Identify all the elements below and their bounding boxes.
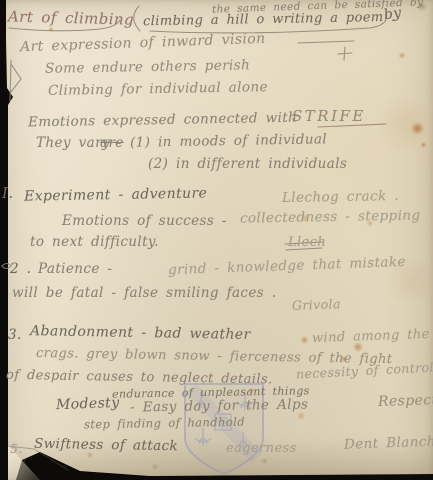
ms-strife-word: STRIFE (292, 108, 366, 125)
ms-section4-right-note: Respect (378, 393, 433, 410)
ms-section2-heading: Patience - (38, 262, 112, 277)
ms-section3-number: 3. (8, 328, 22, 343)
ms-vary-struck-word: are (100, 136, 124, 151)
scanned-page: Art of climbing the same need can be sat… (0, 0, 433, 480)
ms-section5-heading: Swiftness of attack (34, 437, 178, 454)
ms-section2-line2: will be fatal - false smiling faces . (12, 286, 277, 301)
ms-section5-right-note: Dent Blanche (344, 434, 433, 452)
ms-annotation-by: by (383, 6, 403, 24)
ms-section1-right-note: Llechog crack . (282, 189, 399, 206)
ms-section4-heading: Modesty (56, 396, 120, 414)
ms-section1-line2a: Emotions of success - (62, 214, 227, 229)
ms-section2-number: 2 . (10, 262, 31, 277)
ms-section5-number: 5. (10, 442, 23, 456)
ms-section1-heading: Experiment - adventure (24, 186, 208, 205)
ms-section2-crag: Grivola (292, 297, 341, 312)
ms-section1-line2b: collectedness - stepping (240, 208, 421, 226)
ms-title: Art of climbing (8, 8, 134, 28)
ms-section4-line2: step finding of handhold (84, 416, 245, 431)
ms-section1-number: I. (2, 185, 14, 202)
ms-section4-mid: - Easy day for the Alps (130, 397, 309, 415)
ms-section5-mid: eagerness (226, 442, 297, 456)
ms-vary-item-2: (2) in different individuals (148, 157, 347, 172)
ms-section1-line3: to next difficulty. (30, 235, 159, 250)
ms-section1-crag: Llech (288, 236, 326, 250)
ms-vary-lead: They vary (36, 136, 110, 151)
